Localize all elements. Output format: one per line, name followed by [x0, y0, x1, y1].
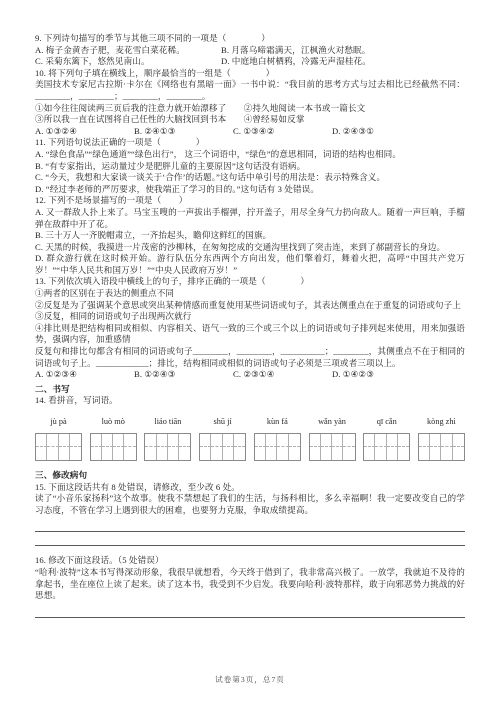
- page-footer: 试卷第3页，总7页: [0, 674, 500, 685]
- q9-option-a: A. 梅子金黄杏子肥，麦花雪白菜花稀。: [35, 45, 221, 57]
- q10-stem: 10. 将下列句子填在横线上，顺序最恰当的一组是（ ）: [35, 68, 465, 80]
- answer-line: [35, 617, 465, 618]
- q10-option-a: A. ①③②④: [35, 126, 134, 138]
- pinyin-label: jù pà: [35, 417, 82, 426]
- q13-option-c: C. ②③①④: [233, 369, 332, 381]
- q12-stem: 12. 下列不是场景描写的一项是（ ）: [35, 195, 465, 207]
- q15-passage: 读了“小音乐家扬科”这个故事。使我不禁想起了我们的生活，与扬科相比，多么幸福啊！…: [35, 493, 465, 516]
- pinyin-label: qī cǎn: [363, 417, 410, 426]
- q10-option-b: B. ②④①③: [134, 126, 233, 138]
- q12-option-d: D. 群众游行就在这时候开始。游行队伍分东西两个方向出发，他们擎着灯，舞着火把，…: [35, 253, 465, 276]
- pinyin-label: luò mò: [90, 417, 137, 426]
- q16-stem: 16. 修改下面这段话。（5 处错误）: [35, 555, 465, 567]
- q13-fill-text: 反复句和排比句都含有相同的词语或句子________，________，____…: [35, 346, 465, 369]
- q9-stem: 9. 下列诗句描写的季节与其他三项不同的一项是（ ）: [35, 33, 465, 45]
- exam-page: 9. 下列诗句描写的季节与其他三项不同的一项是（ ） A. 梅子金黄杏子肥，麦花…: [0, 0, 500, 707]
- pinyin-group: luò mò: [90, 417, 137, 461]
- writing-grid: [363, 433, 410, 461]
- q10-answer-options: A. ①③②④B. ②④①③C. ①③④②D. ②④③①: [35, 126, 465, 138]
- writing-grid: [90, 433, 137, 461]
- q11-option-c: C. “今天，我想和大家谈一谈关于‘合作’的话题。”这句话中单引号的用法是：表示…: [35, 172, 465, 184]
- pinyin-label: kùn fá: [254, 417, 301, 426]
- answer-line: [35, 531, 465, 532]
- q12-option-b: B. 三十万人一齐脱帽肃立，一齐抬起头，瞻仰这鲜红的国旗。: [35, 230, 465, 242]
- pinyin-group: kùn fá: [254, 417, 301, 461]
- q10-intro: 美国技术专家尼古拉斯·卡尔在《网络也有黑暗一面》一书中说：“我目前的思考方式与过…: [35, 79, 465, 102]
- pinyin-writing-row: jù pà luò mò liáo tiān shū jí kùn fá wǎn…: [35, 417, 465, 461]
- q9-option-d: D. 中庭地白树栖鸦，冷露无声湿桂花。: [221, 56, 371, 68]
- writing-grid: [144, 433, 191, 461]
- q9-options-ab: A. 梅子金黄杏子肥，麦花雪白菜花稀。B. 月落乌啼霜满天，江枫渔火对愁眠。: [35, 45, 465, 57]
- q9-option-b: B. 月落乌啼霜满天，江枫渔火对愁眠。: [221, 45, 370, 57]
- pinyin-group: qī cǎn: [363, 417, 410, 461]
- writing-grid: [309, 433, 356, 461]
- writing-grid: [254, 433, 301, 461]
- writing-grid: [418, 433, 465, 461]
- q10-items-12: ①如今往往阅读两三页后我的注意力就开始漂移了 ②持久地阅读一本书或一篇长文: [35, 103, 465, 115]
- q11-option-a: A. “绿色食品”“绿色通道”“绿色出行”， 这三个词语中，“绿色”的意思相同，…: [35, 149, 465, 161]
- q13-stem: 13. 下列依次填入语段中横线上的句子，排序正确的一项是（ ）: [35, 276, 465, 288]
- writing-grid: [35, 433, 82, 461]
- q13-option-b: B. ①②④③: [134, 369, 233, 381]
- pinyin-group: shū jí: [199, 417, 246, 461]
- pinyin-group: wǎn yàn: [309, 417, 356, 461]
- q11-stem: 11. 下列语句说法正确的一项是（ ）: [35, 137, 465, 149]
- pinyin-group: jù pà: [35, 417, 82, 461]
- pinyin-label: shū jí: [199, 417, 246, 426]
- pinyin-label: liáo tiān: [144, 417, 191, 426]
- pinyin-group: liáo tiān: [144, 417, 191, 461]
- q10-option-c: C. ①③④②: [233, 126, 332, 138]
- q12-option-c: C. 天黑的时候，我摸进一片茂密的沙柳林，在匆匆挖成的交通沟里找到了突击连，来到…: [35, 242, 465, 254]
- q13-option-a: A. ①②③④: [35, 369, 134, 381]
- section-3-title: 三、修改病句: [35, 470, 465, 482]
- q10-items-34: ③所以我一直在试图将自己任性的大脑找回到书本 ④曾经易如反掌: [35, 114, 465, 126]
- q9-option-c: C. 采菊东篱下，悠然见南山。: [35, 56, 221, 68]
- q10-option-d: D. ②④③①: [332, 126, 374, 138]
- q9-options-cd: C. 采菊东篱下，悠然见南山。D. 中庭地白树栖鸦，冷露无声湿桂花。: [35, 56, 465, 68]
- q12-option-a: A. 又一群敌人扑上来了。马宝玉嗖的一声拔出手榴弹，拧开盖子，用尽全身气力扔向敌…: [35, 207, 465, 230]
- q13-item-2: ②反复是为了强调某个意思或突出某种情感而重复使用某些词语或句子，其表达侧重点在于…: [35, 300, 465, 312]
- q13-item-4: ④排比则是把结构相同或相似、内容相关、语气一致的三个或三个以上的词语或句子排列起…: [35, 323, 465, 346]
- section-2-title: 二、书写: [35, 384, 465, 396]
- q13-item-3: ③反复，相同的词语或句子出现两次就行: [35, 311, 465, 323]
- q15-stem: 15. 下面这段话共有 8 处错误，请修改，至少改 6 处。: [35, 482, 465, 494]
- pinyin-label: kòng zhì: [418, 417, 465, 426]
- pinyin-label: wǎn yàn: [309, 417, 356, 426]
- q16-passage: “哈利·波特”这本书写得深动形象，我很早就想看，今天终于借到了，我非常高兴极了。…: [35, 567, 465, 602]
- q13-answer-options: A. ①②③④B. ①②④③C. ②③①④D. ①④②③: [35, 369, 465, 381]
- q11-option-d: D. “经过李老师的严厉要求，使我端正了学习的目的。”这句话有 3 处错误。: [35, 184, 465, 196]
- q11-option-b: B. “有专家指出，运动量过少是肥胖儿童的主要原因”这句话没有语病。: [35, 161, 465, 173]
- q13-item-1: ①两者的区别在于表达的侧重点不同: [35, 288, 465, 300]
- writing-grid: [199, 433, 246, 461]
- pinyin-group: kòng zhì: [418, 417, 465, 461]
- q13-option-d: D. ①④②③: [332, 369, 374, 381]
- answer-line: [35, 545, 465, 546]
- q14-stem: 14. 看拼音，写词语。: [35, 395, 465, 407]
